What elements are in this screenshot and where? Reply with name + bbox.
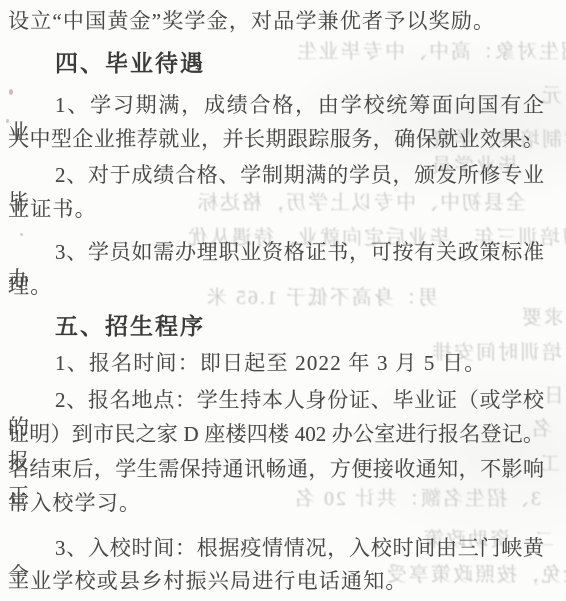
scanned-document-page: 招生对象：高中、中专毕业生 元 学制培养，学费 毕业学员 全县初中、中专以上学历… — [0, 0, 566, 601]
line-admission-time-2: 工业学校或县乡村振兴局进行电话通知。 — [8, 568, 544, 595]
line-registration-place-4: 常入校学习。 — [8, 490, 544, 517]
bleed-through-text: 日 — [542, 386, 564, 406]
line-scholarship-award: 设立“中国黄金”奖学金，对品学兼优者予以奖励。 — [8, 8, 544, 35]
heading-graduation-benefits: 四、毕业待遇 — [8, 50, 544, 77]
line-employment-2: 大中型企业推荐就业，并长期跟踪服务，确保就业效果。 — [8, 126, 544, 153]
heading-enrollment-procedure: 五、招生程序 — [8, 313, 544, 340]
line-diploma-2: 业证书。 — [8, 196, 544, 223]
scan-speck — [6, 119, 9, 123]
scan-speck — [20, 233, 23, 236]
scan-speck — [9, 89, 13, 95]
line-certificate-2: 理。 — [8, 273, 544, 300]
line-registration-time: 1、报名时间：即日起至 2022 年 3 月 5 日。 — [8, 350, 544, 377]
